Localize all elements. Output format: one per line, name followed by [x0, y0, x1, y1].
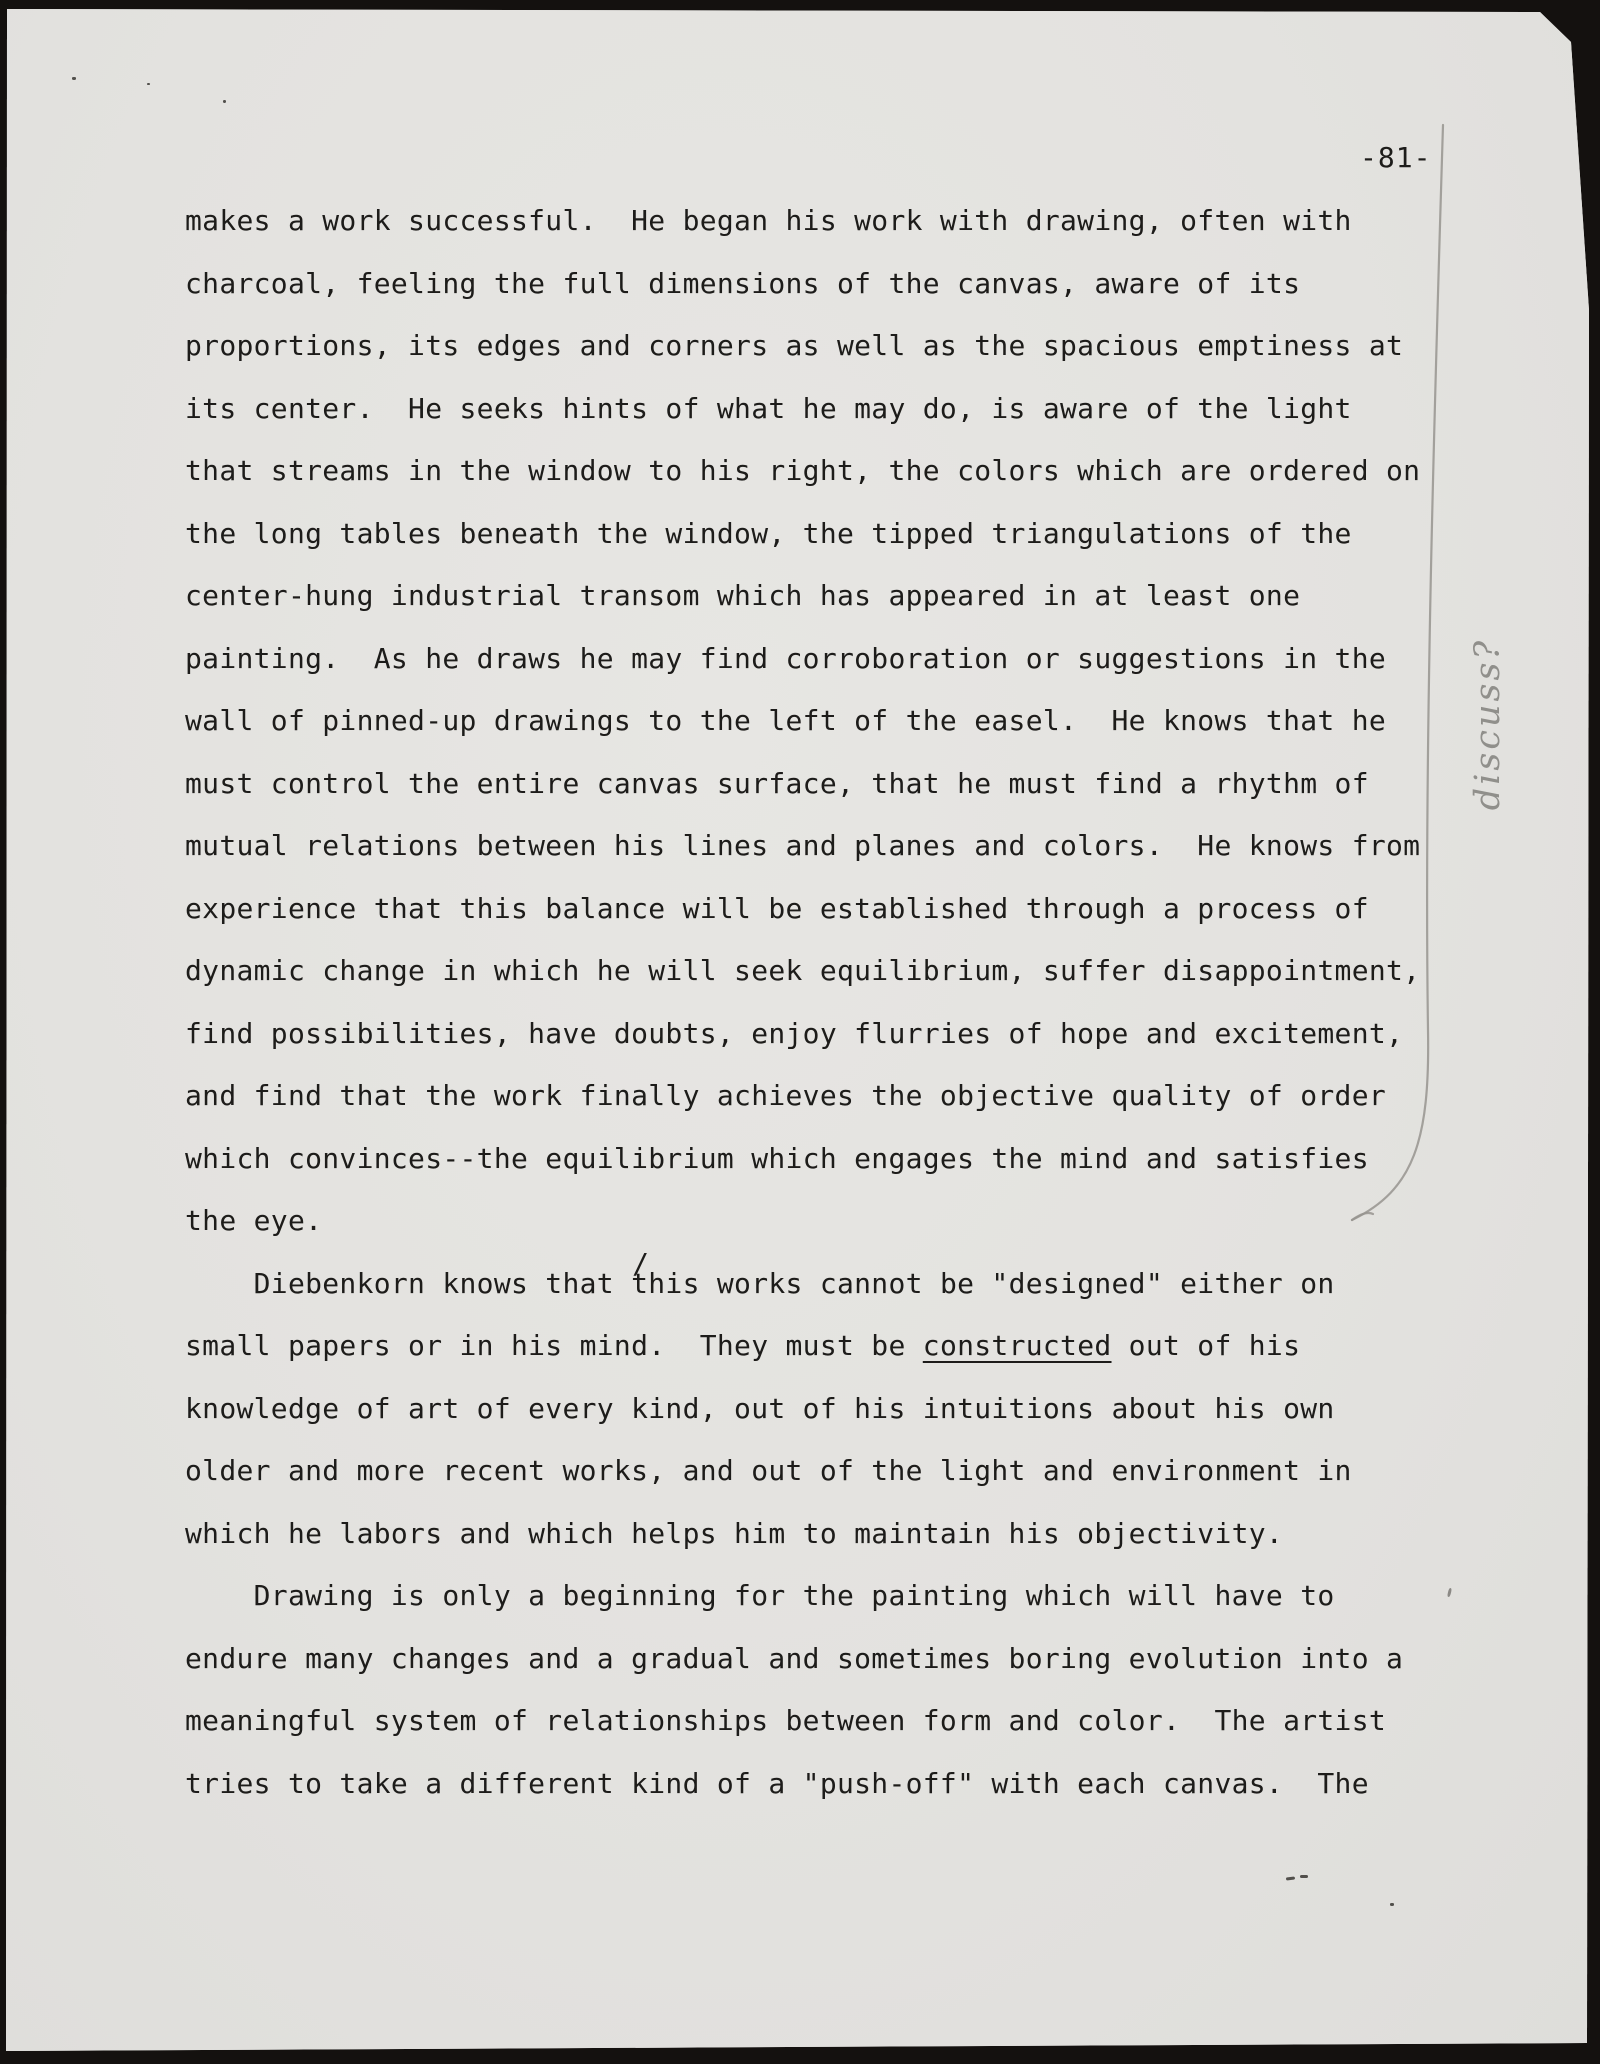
paper-speck — [147, 83, 150, 85]
text-line: proportions, its edges and corners as we… — [185, 315, 1475, 378]
paper-speck — [72, 77, 76, 80]
paragraph: Drawing is only a beginning for the pain… — [185, 1565, 1475, 1815]
text-line: meaningful system of relationships betwe… — [185, 1690, 1475, 1753]
paper-speck — [1390, 1903, 1394, 1906]
text-line: must control the entire canvas surface, … — [185, 753, 1475, 816]
text-line: wall of pinned-up drawings to the left o… — [185, 690, 1475, 753]
paragraph: Diebenkorn knows that t/his works cannot… — [185, 1253, 1475, 1566]
text-line: which he labors and which helps him to m… — [185, 1503, 1475, 1566]
margin-note-handwritten: discuss? — [1464, 504, 1512, 944]
text-line: the long tables beneath the window, the … — [185, 503, 1475, 566]
paper-page: -81- makes a work successful. He began h… — [0, 0, 1600, 2064]
overstruck-character: t/ — [631, 1253, 648, 1316]
text-line: dynamic change in which he will seek equ… — [185, 940, 1475, 1003]
paper-speck — [1300, 1875, 1308, 1878]
text-line: experience that this balance will be est… — [185, 878, 1475, 941]
text-line: older and more recent works, and out of … — [185, 1440, 1475, 1503]
text-line: knowledge of art of every kind, out of h… — [185, 1378, 1475, 1441]
typewritten-text: makes a work successful. He began his wo… — [185, 190, 1475, 1815]
text-line: painting. As he draws he may find corrob… — [185, 628, 1475, 691]
page-number: -81- — [1360, 141, 1431, 174]
text-line: Drawing is only a beginning for the pain… — [185, 1565, 1475, 1628]
text-line: its center. He seeks hints of what he ma… — [185, 378, 1475, 441]
text-line: find possibilities, have doubts, enjoy f… — [185, 1003, 1475, 1066]
underlined-word: constructed — [923, 1329, 1112, 1362]
text-line: makes a work successful. He began his wo… — [185, 190, 1475, 253]
text-line: the eye. — [185, 1190, 1475, 1253]
text-line: endure many changes and a gradual and so… — [185, 1628, 1475, 1691]
text-line: that streams in the window to his right,… — [185, 440, 1475, 503]
typed-slash-correction: / — [632, 1247, 649, 1280]
scan-background: { "document": { "page_number": "-81-", "… — [0, 0, 1600, 2064]
paper-speck — [1286, 1876, 1295, 1880]
text-line: mutual relations between his lines and p… — [185, 815, 1475, 878]
text-line: center-hung industrial transom which has… — [185, 565, 1475, 628]
text-line: which convinces--the equilibrium which e… — [185, 1128, 1475, 1191]
paper-speck — [223, 100, 226, 103]
text-line: Diebenkorn knows that t/his works cannot… — [185, 1253, 1475, 1316]
text-line: charcoal, feeling the full dimensions of… — [185, 253, 1475, 316]
text-line: tries to take a different kind of a "pus… — [185, 1753, 1475, 1816]
paragraph: makes a work successful. He began his wo… — [185, 190, 1475, 1253]
text-line: small papers or in his mind. They must b… — [185, 1315, 1475, 1378]
text-line: and find that the work finally achieves … — [185, 1065, 1475, 1128]
